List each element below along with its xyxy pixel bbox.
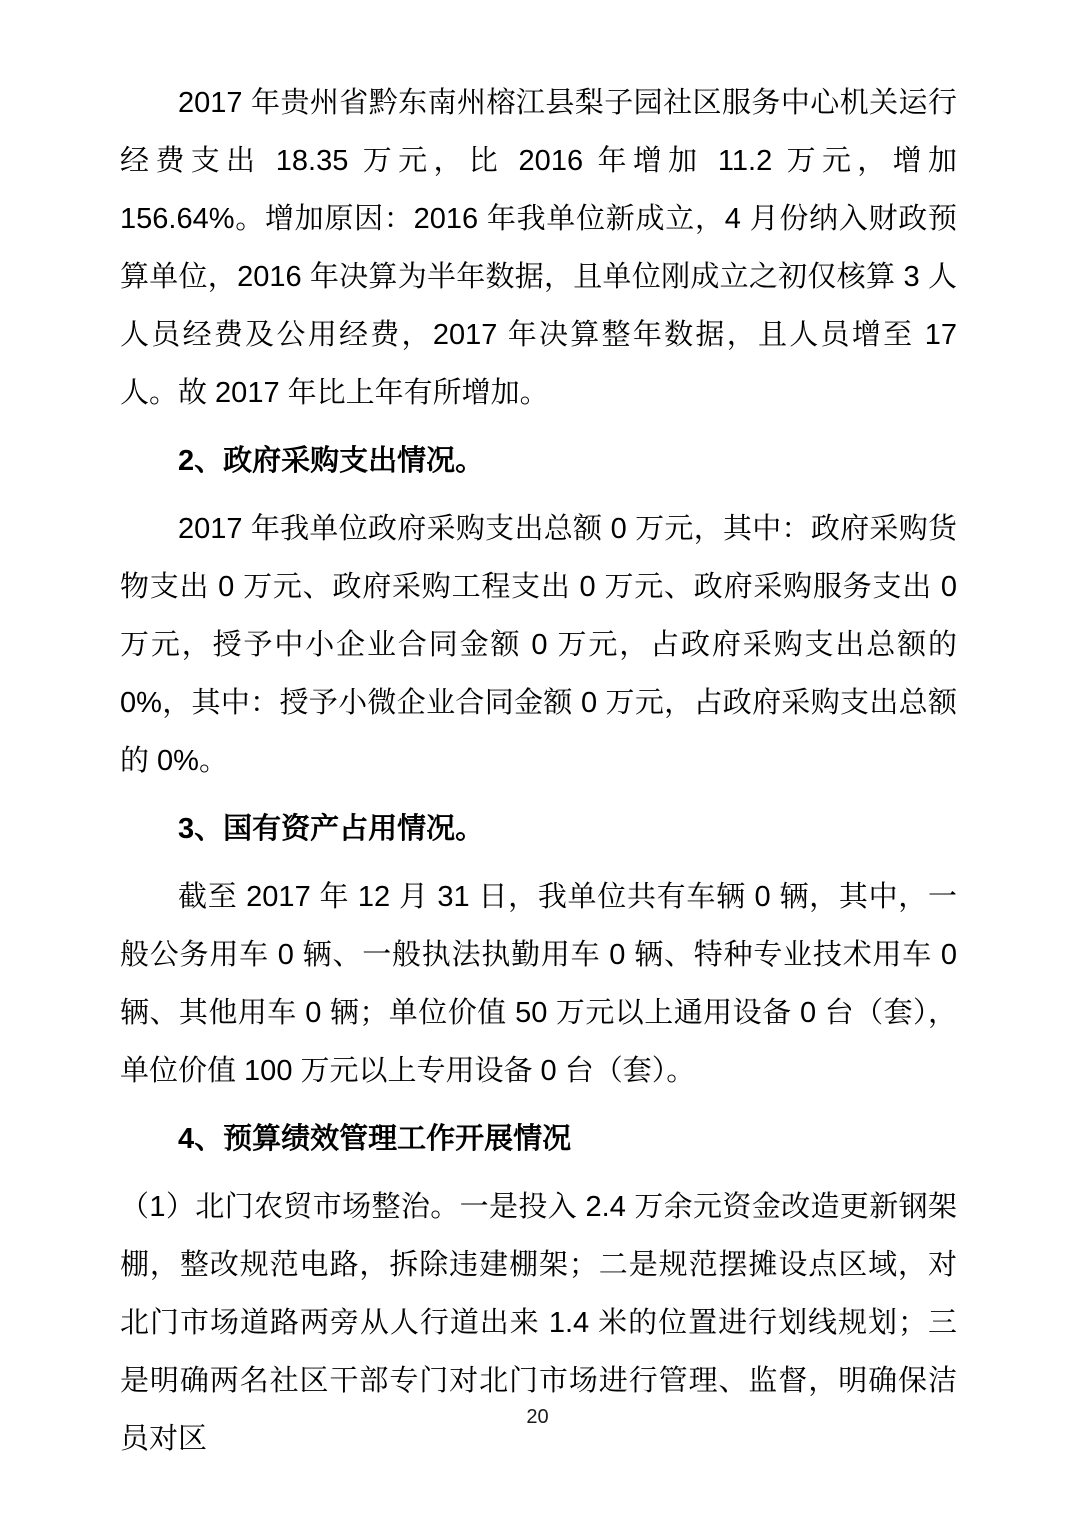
document-body: 2017 年贵州省黔东南州榕江县梨子园社区服务中心机关运行经费支出 18.35 … xyxy=(120,74,957,1478)
paragraph-agency-operating-expenses: 2017 年贵州省黔东南州榕江县梨子园社区服务中心机关运行经费支出 18.35 … xyxy=(120,74,957,422)
heading-budget-performance-management: 4、预算绩效管理工作开展情况 xyxy=(120,1110,957,1168)
paragraph-vehicles-and-equipment: 截至 2017 年 12 月 31 日，我单位共有车辆 0 辆，其中，一般公务用… xyxy=(120,868,957,1100)
document-page: 2017 年贵州省黔东南州榕江县梨子园社区服务中心机关运行经费支出 18.35 … xyxy=(0,0,1075,1519)
heading-state-owned-assets-occupancy: 3、国有资产占用情况。 xyxy=(120,800,957,858)
page-number: 20 xyxy=(526,1406,548,1428)
paragraph-government-procurement-details: 2017 年我单位政府采购支出总额 0 万元，其中：政府采购货物支出 0 万元、… xyxy=(120,500,957,790)
heading-government-procurement-expenditure: 2、政府采购支出情况。 xyxy=(120,432,957,490)
page-footer: 20 xyxy=(0,1402,1075,1432)
